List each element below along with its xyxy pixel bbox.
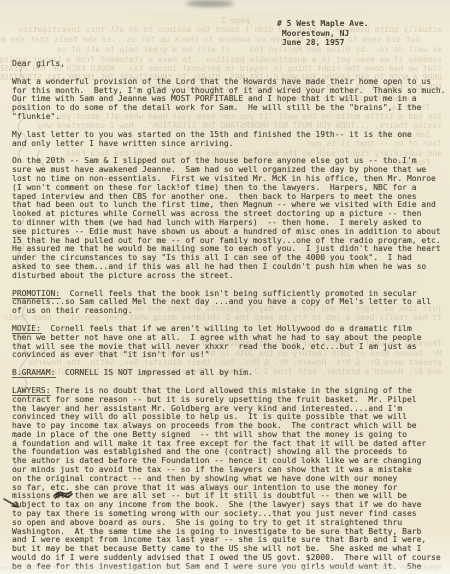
greeting: Dear girls, — [12, 60, 450, 69]
underline-bgraham — [12, 377, 56, 378]
bleedthrough-line: actually quite pleased....that she didn'… — [18, 26, 442, 35]
scan-bottom-edge — [0, 565, 450, 574]
bleedthrough-line: page 2 — [221, 17, 250, 26]
underline-lawyers — [12, 395, 51, 396]
paragraph-last-letter: My last letter to you was started on the… — [12, 131, 450, 149]
underline-movie — [12, 333, 42, 334]
bleedthrough-line: as well do so...by Olive and Marilyn too… — [57, 46, 442, 55]
letter-body: Dear girls, What a wonderful provision o… — [12, 60, 450, 574]
paragraph-promotion: PROMOTION: Cornell feels that the book i… — [12, 290, 450, 316]
underline-promotion — [12, 298, 61, 299]
paragraph-bgraham: B.GRAHAM: CORNELL IS NOT impressed at al… — [12, 369, 450, 378]
paragraph-ny-day: On the 20th -- Sam & I slipped out of th… — [12, 157, 450, 280]
letter-header-address-date: # 5 West Maple Ave. Moorestown, NJ June … — [277, 19, 369, 48]
paragraph-lawyers: LAWYERS: There is no doubt that the Lord… — [12, 387, 450, 572]
margin-pen-arrow — [2, 495, 24, 513]
paragraph-movie: MOVIE: Cornell feels that if we aren't w… — [12, 325, 450, 360]
scanner-smudge — [186, 0, 234, 7]
paragraph-opening: What a wonderful provision of the Lord t… — [12, 78, 450, 122]
pen-strikeout-scribble — [52, 489, 76, 501]
letter-page: page 2actually quite pleased....that she… — [0, 0, 450, 574]
